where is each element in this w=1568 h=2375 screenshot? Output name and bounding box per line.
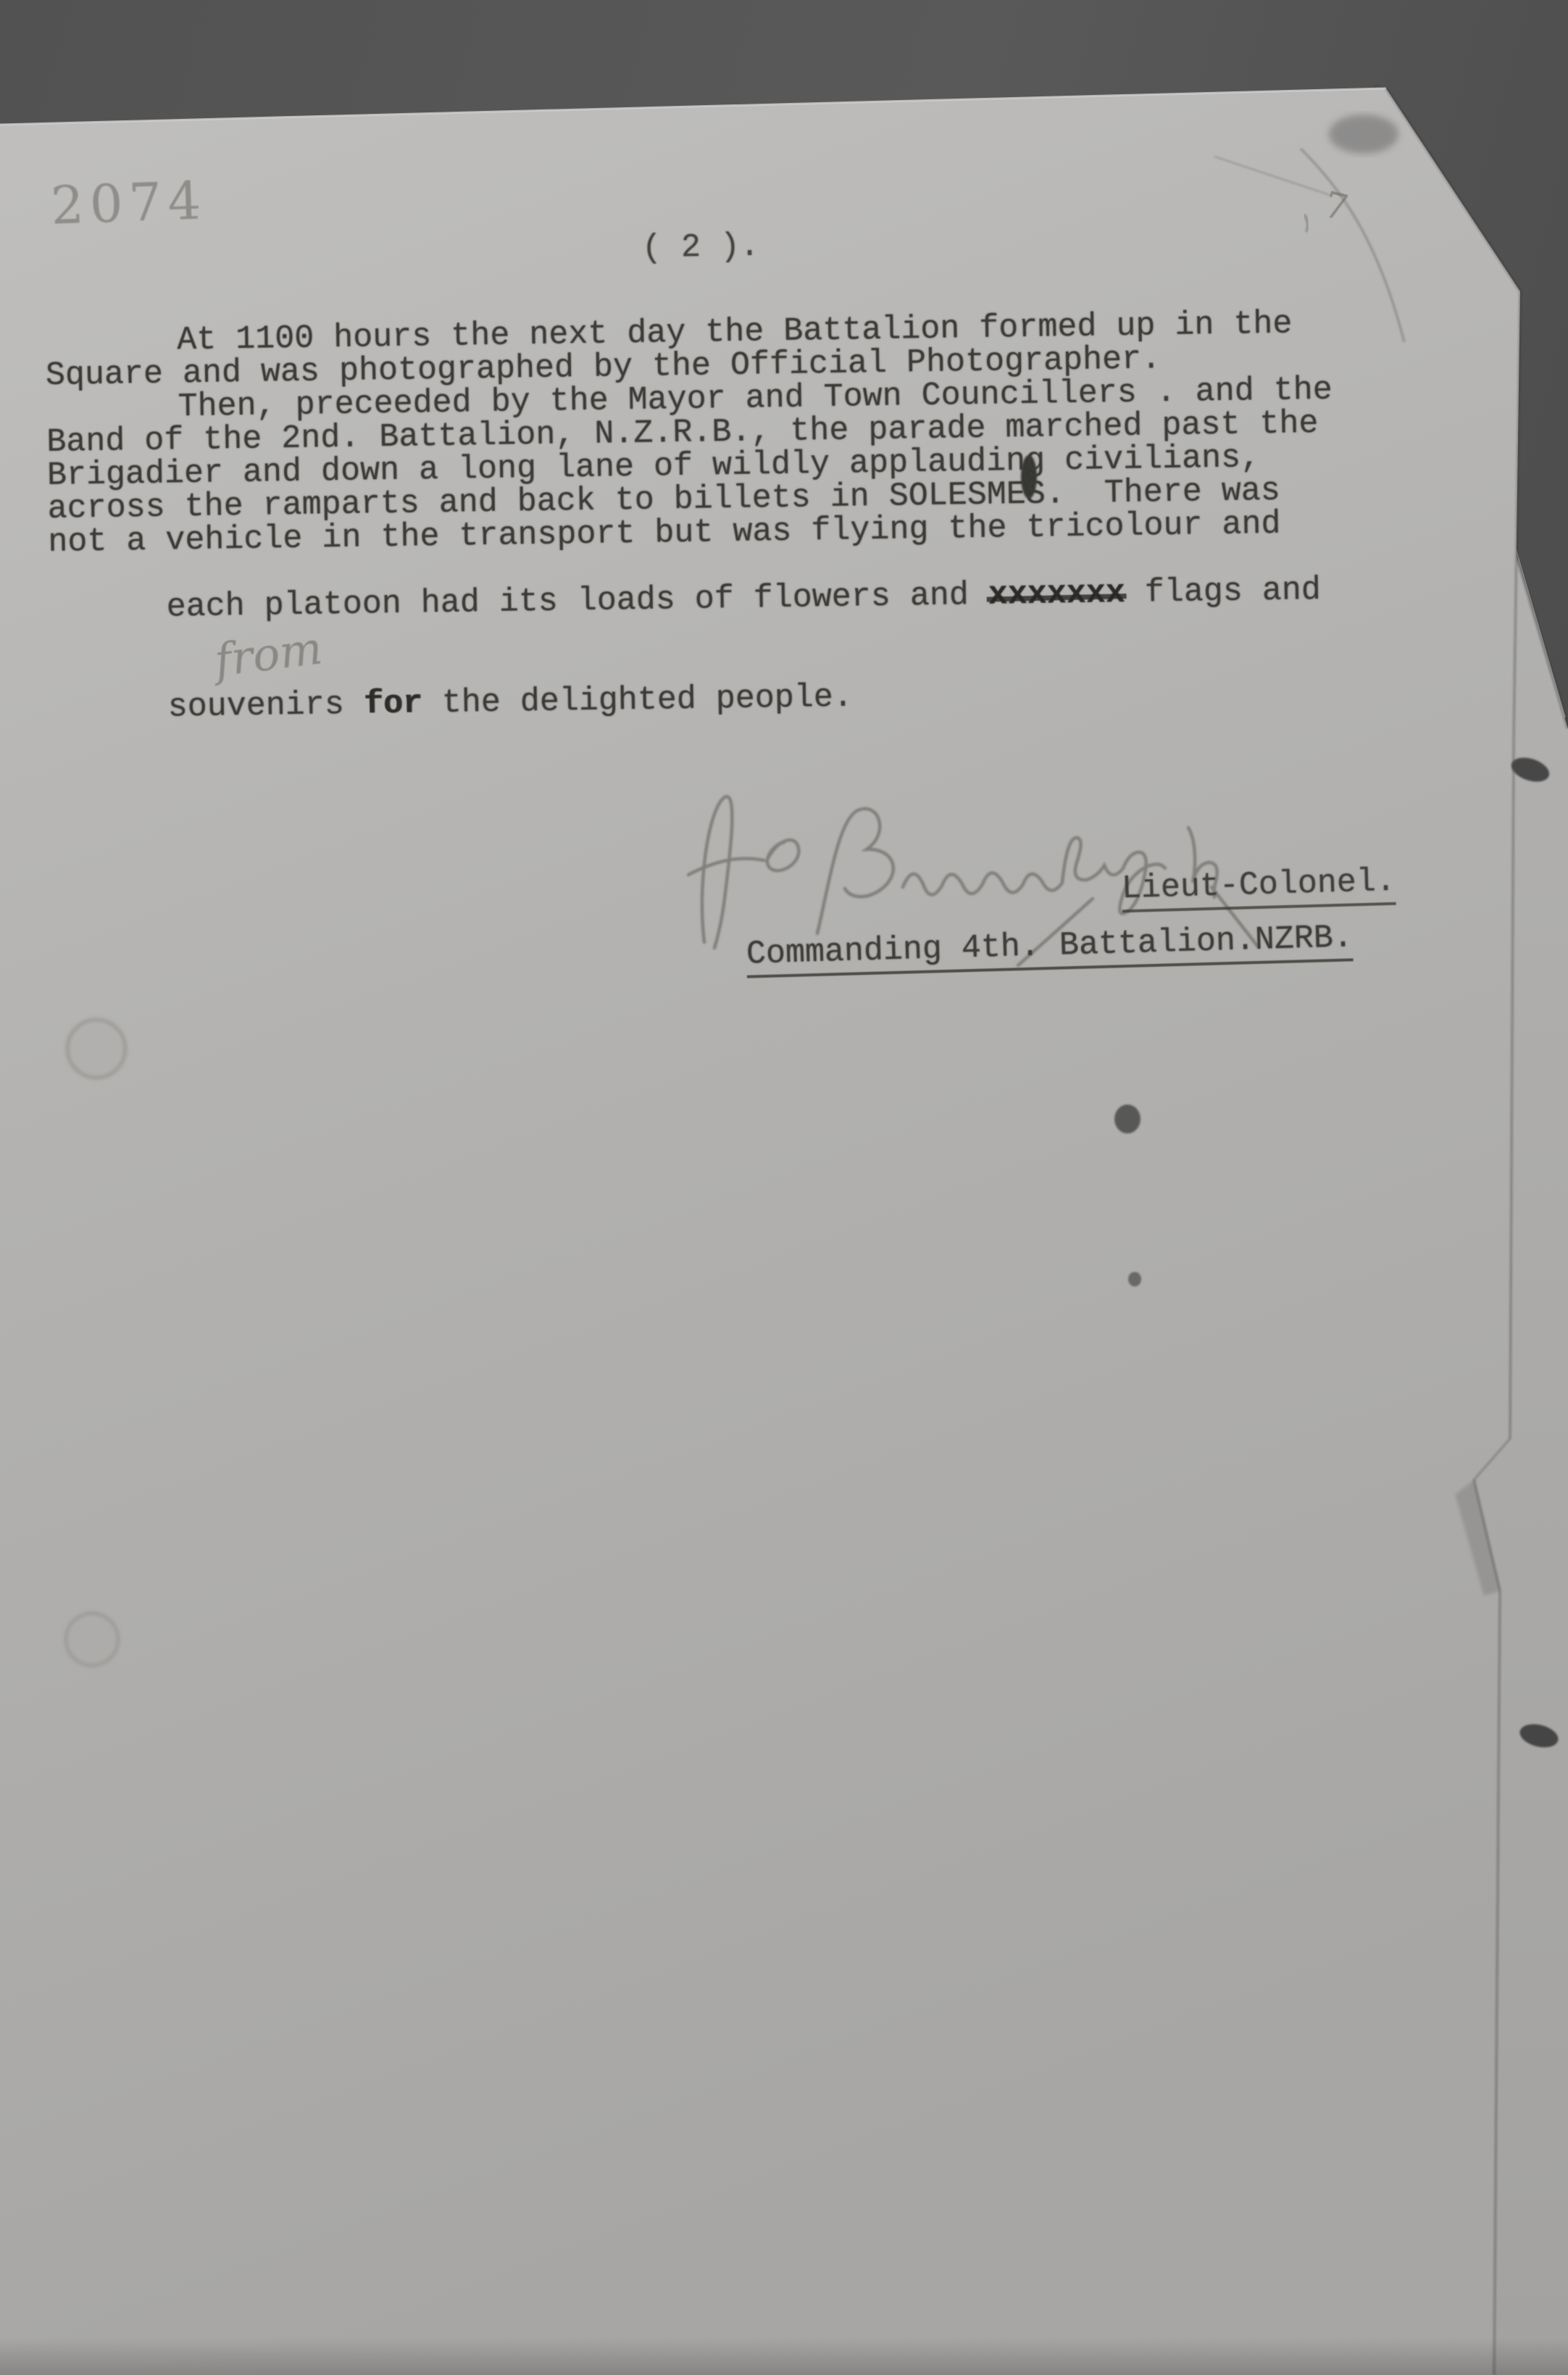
scanned-document-page: 2074 7 ( 2 ). At 1100 hours the next day… <box>0 0 1568 2375</box>
struck-word: xxxxxxx <box>988 575 1125 614</box>
typed-body: At 1100 hours the next day the Battalion… <box>45 306 1399 760</box>
ring-stain <box>66 1613 118 1665</box>
ink-spot <box>1128 1272 1141 1286</box>
archive-stamp-number: 2074 <box>50 170 208 236</box>
typed-text: flags and <box>1125 572 1322 612</box>
overtyped-word: for <box>363 685 422 723</box>
typed-text: souvenirs <box>167 686 364 726</box>
page-number-heading: ( 2 ). <box>642 228 760 267</box>
typed-text: the delighted people. <box>422 679 853 723</box>
corner-smudge <box>1329 115 1398 154</box>
signature-rank: Lieut-Colonel. <box>1121 863 1396 913</box>
ink-spot <box>1114 1105 1140 1134</box>
ring-stain <box>67 1020 125 1078</box>
typed-text: each platoon had its loads of flowers an… <box>166 577 988 626</box>
